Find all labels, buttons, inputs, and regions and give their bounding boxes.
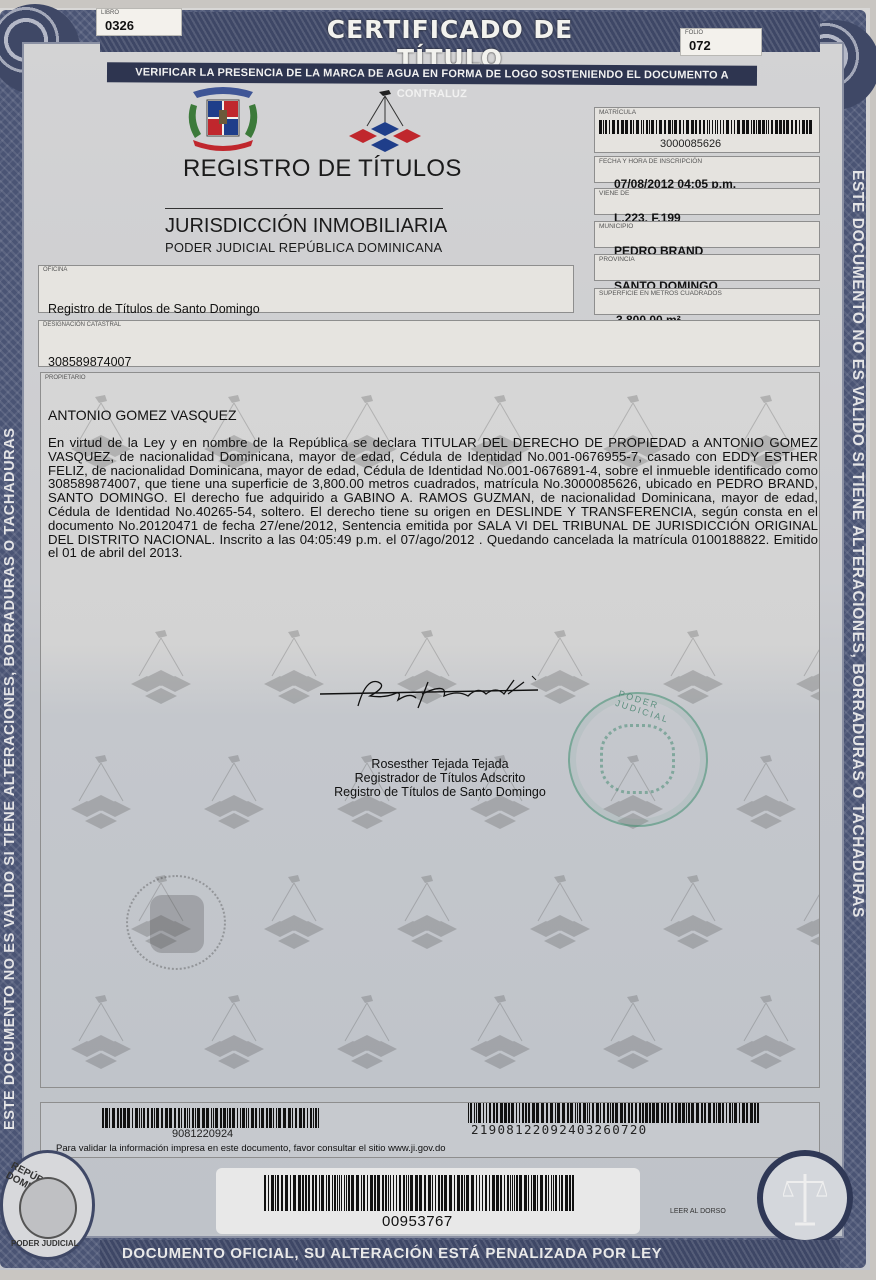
barcode-left-number: 9081220924	[172, 1128, 233, 1140]
superficie-label: SUPERFICIE EN METROS CUADRADOS	[599, 290, 722, 297]
signatory-block: Rosesther Tejada Tejada Registrador de T…	[300, 757, 580, 799]
watermark-logo-icon	[450, 993, 550, 1073]
seal-emblem-icon	[600, 724, 675, 794]
libro-field: LIBRO 0326	[96, 8, 182, 36]
registry-diamond-logo-icon	[345, 88, 425, 154]
official-document-notice: DOCUMENTO OFICIAL, SU ALTERACIÓN ESTÁ PE…	[122, 1245, 662, 1262]
justice-scale-seal-icon	[757, 1150, 853, 1246]
watermark-logo-icon	[51, 753, 151, 833]
signatory-office: Registro de Títulos de Santo Domingo	[300, 785, 580, 799]
seal-left-bottom-text: PODER JUDICIAL	[11, 1239, 79, 1248]
municipio-label: MUNICIPIO	[599, 223, 633, 230]
watermark-logo-icon	[111, 628, 211, 708]
watermark-logo-icon	[776, 628, 820, 708]
matricula-barcode	[599, 120, 814, 134]
watermark-logo-icon	[776, 873, 820, 953]
republica-seal-icon: REPÚBLICA DOMINICANA PODER JUDICIAL	[0, 1150, 95, 1260]
scale-of-justice-icon	[783, 1170, 827, 1228]
viene-label: VIENE DE	[599, 190, 629, 197]
watermark-logo-icon	[716, 993, 816, 1073]
side-warning-right: ESTE DOCUMENTO NO ES VALIDO SI TIENE ALT…	[846, 170, 868, 1090]
owner-name: ANTONIO GOMEZ VASQUEZ	[48, 407, 237, 423]
provincia-label: PROVINCIA	[599, 256, 635, 263]
superficie-field: SUPERFICIE EN METROS CUADRADOS	[594, 288, 820, 315]
watermark-logo-icon	[510, 873, 610, 953]
propietario-label: PROPIETARIO	[45, 375, 86, 381]
libro-value: 0326	[105, 18, 134, 33]
barcode-right-number: 21908122092403260720	[471, 1122, 648, 1137]
designacion-label: DESIGNACIÓN CATASTRAL	[43, 322, 121, 328]
folio-field: FOLIO 072	[680, 28, 762, 56]
provincia-field: PROVINCIA	[594, 254, 820, 281]
folio-value: 072	[689, 38, 711, 53]
watermark-logo-icon	[317, 993, 417, 1073]
signatory-name: Rosesther Tejada Tejada	[300, 757, 580, 771]
watermark-coat-of-arms-icon	[126, 875, 226, 970]
side-warning-left: ESTE DOCUMENTO NO ES VALIDO SI TIENE ALT…	[0, 110, 20, 1130]
watermark-logo-icon	[184, 993, 284, 1073]
serial-barcode	[264, 1175, 576, 1211]
watermark-logo-icon	[377, 873, 477, 953]
validation-notice: Para validar la información impresa en e…	[56, 1143, 446, 1154]
ownership-declaration: En virtud de la Ley y en nombre de la Re…	[48, 436, 818, 560]
watermark-logo-icon	[643, 873, 743, 953]
jurisdiction-subtitle: PODER JUDICIAL REPÚBLICA DOMINICANA	[165, 240, 442, 255]
official-seal-stamp-icon: PODER JUDICIAL	[568, 692, 708, 827]
watermark-logo-icon	[716, 753, 816, 833]
signatory-role: Registrador de Títulos Adscrito	[300, 771, 580, 785]
seal-left-emblem-icon	[19, 1177, 77, 1239]
libro-label: LIBRO	[101, 10, 119, 16]
fecha-label: FECHA Y HORA DE INSCRIPCIÓN	[599, 158, 702, 165]
designacion-value: 308589874007	[48, 355, 131, 369]
read-back-notice: LEER AL DORSO	[670, 1208, 726, 1215]
matricula-value: 3000085626	[660, 138, 721, 150]
divider	[165, 208, 443, 209]
watermark-logo-icon	[51, 993, 151, 1073]
watermark-logo-icon	[184, 753, 284, 833]
dominican-coat-of-arms-icon	[183, 84, 263, 152]
folio-label: FOLIO	[685, 30, 703, 36]
serial-number: 00953767	[382, 1213, 453, 1230]
oficina-value: Registro de Títulos de Santo Domingo	[48, 302, 260, 316]
watermark-notice: VERIFICAR LA PRESENCIA DE LA MARCA DE AG…	[107, 62, 757, 85]
barcode-right	[468, 1103, 760, 1123]
signature-icon	[318, 672, 548, 712]
watermark-shield-icon	[150, 895, 204, 953]
registry-title: REGISTRO DE TÍTULOS	[183, 155, 462, 183]
barcode-left	[102, 1108, 320, 1128]
designacion-field: DESIGNACIÓN CATASTRAL	[38, 320, 820, 367]
watermark-logo-icon	[244, 873, 344, 953]
jurisdiction-title: JURISDICCIÓN INMOBILIARIA	[165, 215, 447, 238]
watermark-logo-icon	[583, 993, 683, 1073]
matricula-label: MATRÍCULA	[599, 109, 636, 116]
oficina-label: OFICINA	[43, 267, 67, 273]
